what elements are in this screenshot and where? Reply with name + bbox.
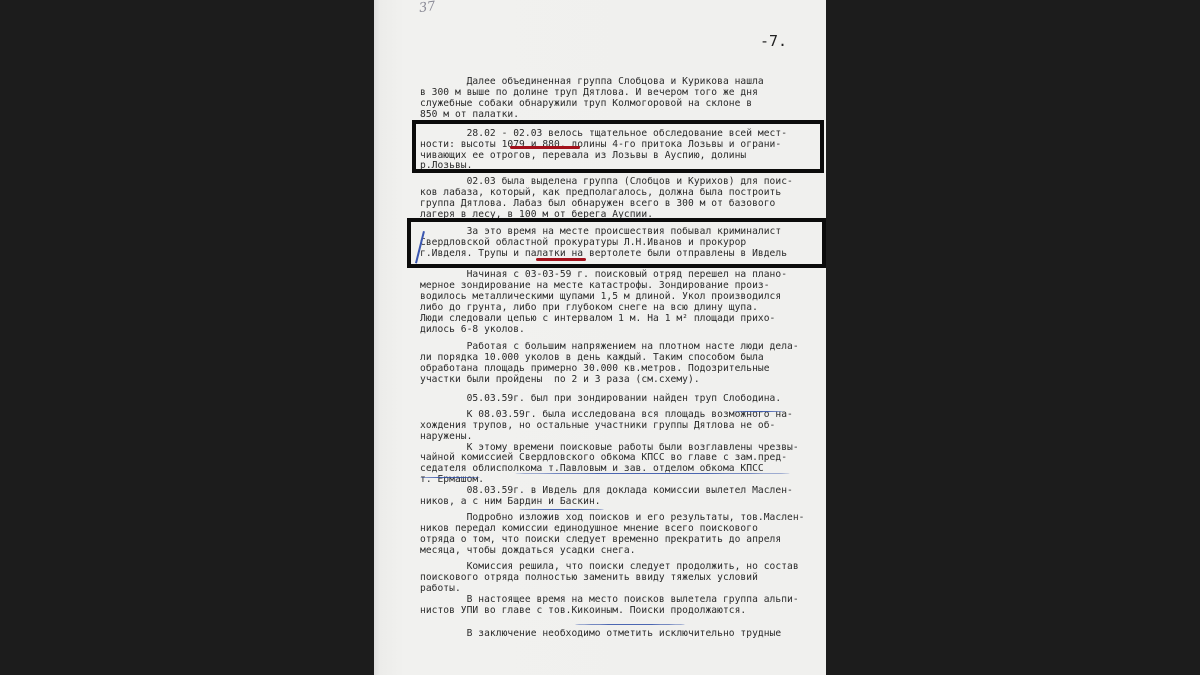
text-line: 02.03 была выделена группа (Слобцов и Ку… [420,177,793,187]
text-line: 05.03.59г. был при зондировании найден т… [420,394,781,404]
text-line: хождения трупов, но остальные участники … [420,421,775,431]
text-line: Работая с большим напряжением на плотном… [420,342,799,352]
text-line: нистов УПИ во главе с тов.Кикоиным. Поис… [420,606,746,616]
red-underline-tents [536,258,586,261]
text-line: месяца, чтобы дождаться усадки снега. [420,546,636,556]
text-line: Комиссия решила, что поиски следует прод… [420,562,799,572]
blue-underline-ermash [420,477,480,478]
text-line: 850 м от палатки. [420,110,519,120]
blue-underline-bardin-baskin [519,509,604,510]
text-line: либо до грунта, либо при глубоком снеге … [420,303,758,313]
text-line: чайной комиссией Свердловского обкома КП… [420,453,787,463]
text-line: обработана площадь примерно 30.000 кв.ме… [420,364,770,374]
text-line: В заключение необходимо отметить исключи… [420,629,781,639]
blue-underline-slobodin [733,411,783,412]
text-line: мерное зондирование на месте катастрофы.… [420,281,770,291]
text-line: Подробно изложив ход поисков и его резул… [420,513,805,523]
red-underline-heights [510,146,580,149]
text-line: ков лабаза, который, как предполагалось,… [420,188,781,198]
text-line: водилось металлическими щупами 1,5 м дли… [420,292,781,302]
text-line: 08.03.59г. в Ивдель для доклада комиссии… [420,486,793,496]
text-line: наружены. [420,432,472,442]
highlight-box-survey [412,120,824,173]
text-line: отряда о том, что поиски следует временн… [420,535,781,545]
text-line: ников передал комиссии единодушное мнени… [420,524,758,534]
text-line: Люди следовали цепью с интервалом 1 м. Н… [420,314,775,324]
text-line: группа Дятлова. Лабаз был обнаружен всег… [420,199,775,209]
text-line: работы. [420,584,461,594]
blue-underline-kikoin [575,624,685,625]
text-line: дилось 6-8 уколов. [420,325,525,335]
text-line: ников, а с ним Бардин и Баскин. [420,497,601,507]
text-line: в 300 м выше по долине труп Дятлова. И в… [420,88,758,98]
highlight-box-investigator [407,218,826,268]
text-line: Далее объединенная группа Слобцова и Кур… [420,77,764,87]
section-mark: -7. [760,32,787,50]
text-line: В настоящее время на место поисков вылет… [420,595,799,605]
text-line: ли порядка 10.000 уколов в день каждый. … [420,353,764,363]
blue-underline-pavlov [515,473,790,474]
text-line: участки были пройдены по 2 и 3 раза (см.… [420,375,700,385]
text-line: поискового отряда полностью заменить вви… [420,573,758,583]
handwritten-page-number: 37 [418,0,436,16]
text-line: служебные собаки обнаружили труп Колмого… [420,99,752,109]
text-line: Начиная с 03-03-59 г. поисковый отряд пе… [420,270,787,280]
